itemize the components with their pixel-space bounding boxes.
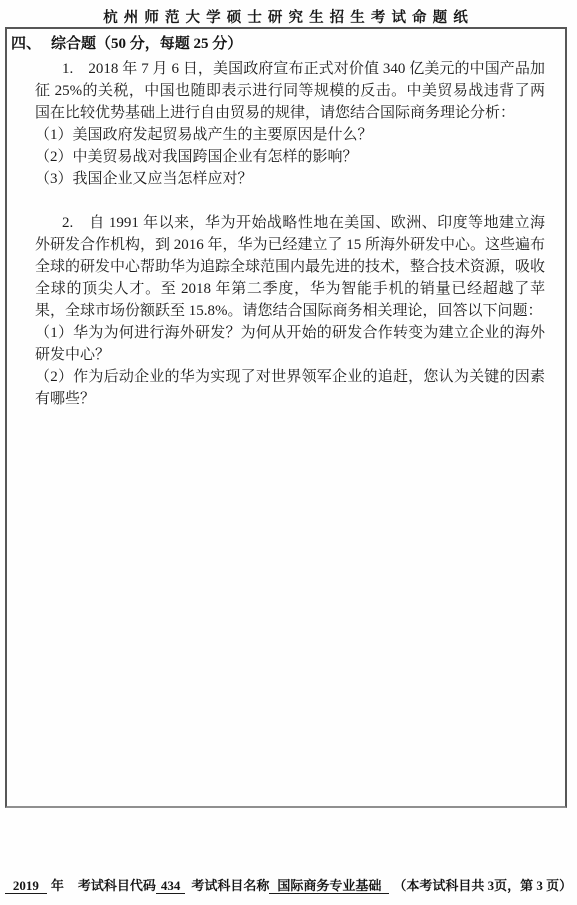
section-heading: 四、综合题（50 分，每题 25 分） bbox=[11, 32, 565, 56]
question-1-sub-1: （1）美国政府发起贸易战产生的主要原因是什么？ bbox=[35, 124, 545, 146]
question-1-sub-2: （2）中美贸易战对我国跨国企业有怎样的影响？ bbox=[35, 146, 545, 168]
question-2-body: 2. 自 1991 年以来，华为开始战略性地在美国、欧洲、印度等地建立海外研发合… bbox=[35, 212, 545, 322]
exam-paper-page: 杭州师范大学硕士研究生招生考试命题纸 四、综合题（50 分，每题 25 分） 1… bbox=[0, 0, 577, 905]
question-frame: 四、综合题（50 分，每题 25 分） 1. 2018 年 7 月 6 日，美国… bbox=[5, 27, 567, 808]
question-2-sub-1: （1）华为为何进行海外研发？为何从开始的研发合作转变为建立企业的海外研发中心？ bbox=[35, 322, 545, 366]
question-1: 1. 2018 年 7 月 6 日，美国政府宣布正式对价值 340 亿美元的中国… bbox=[35, 58, 545, 190]
footer-subject-name-label: 考试科目名称 bbox=[191, 878, 269, 893]
footer-year-label: 年 bbox=[51, 878, 64, 893]
section-title: 综合题（50 分，每题 25 分） bbox=[51, 36, 242, 52]
footer-subject-code-value: 434 bbox=[156, 878, 186, 894]
footer-year-value: 2019 bbox=[5, 878, 47, 894]
document-footer: 2019年考试科目代码434考试科目名称国际商务专业基础（本考试科目共 3页，第… bbox=[0, 875, 577, 894]
footer-subject-name-value: 国际商务专业基础 bbox=[269, 878, 389, 894]
footer-pages-note: （本考试科目共 3页，第 3 页） bbox=[393, 878, 572, 893]
question-2: 2. 自 1991 年以来，华为开始战略性地在美国、欧洲、印度等地建立海外研发合… bbox=[35, 212, 545, 410]
questions-area: 1. 2018 年 7 月 6 日，美国政府宣布正式对价值 340 亿美元的中国… bbox=[35, 58, 545, 410]
question-1-sub-3: （3）我国企业又应当怎样应对？ bbox=[35, 168, 545, 190]
question-2-sub-2: （2）作为后动企业的华为实现了对世界领军企业的追赶，您认为关键的因素有哪些？ bbox=[35, 366, 545, 410]
question-1-body: 1. 2018 年 7 月 6 日，美国政府宣布正式对价值 340 亿美元的中国… bbox=[35, 58, 545, 124]
section-number: 四、 bbox=[11, 32, 51, 56]
document-title: 杭州师范大学硕士研究生招生考试命题纸 bbox=[0, 6, 577, 27]
footer-subject-code-label: 考试科目代码 bbox=[78, 878, 156, 893]
